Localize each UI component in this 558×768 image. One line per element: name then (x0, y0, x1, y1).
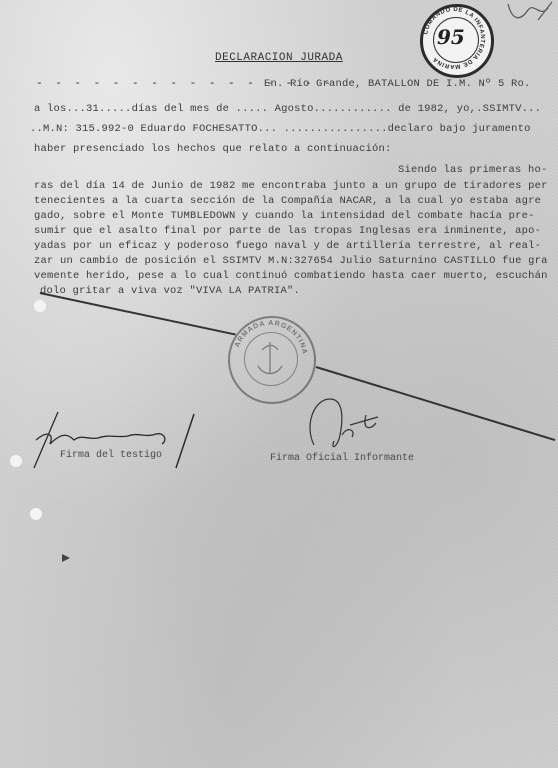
stamp-inner-ring (244, 332, 298, 386)
body-line: ras del día 14 de Junio de 1982 me encon… (34, 180, 548, 192)
id-number: M.N: 315.992-0 (43, 123, 134, 135)
stamp-number: 95 (437, 25, 465, 49)
body-line: dolo gritar a viva voz "VIVA LA PATRIA". (40, 285, 300, 297)
informant-signature-label: Firma Oficial Informante (270, 453, 414, 464)
date-month: Agosto (275, 103, 314, 115)
body-line: Siendo las primeras ho- (398, 164, 548, 176)
punch-hole (30, 508, 42, 520)
date-prefix: a los (34, 103, 67, 115)
infanteria-marina-stamp: COMANDO DE LA INFANTERIA DE MARINA 95 (420, 4, 494, 78)
strike-line (40, 292, 236, 335)
identity-line: ..M.N: 315.992-0 Eduardo FOCHESATTO... .… (30, 123, 531, 135)
body-line: zar un cambio de posición el SSIMTV M.N:… (34, 255, 548, 267)
header-line: En. Río Grande, BATALLON DE I.M. Nº 5 Ro… (264, 78, 531, 90)
body-line: tenecientes a la cuarta sección de la Co… (34, 195, 541, 207)
declaration-suffix: declaro bajo juramento (388, 123, 531, 135)
scribble-mark-icon (500, 0, 558, 40)
date-line: a los...31.....días del mes de ..... Ago… (34, 103, 541, 115)
body-line: sumir que el asalto final por parte de l… (34, 225, 541, 237)
informant-signature-icon (300, 395, 420, 455)
body-line: yadas por un eficaz y poderoso fuego nav… (34, 240, 541, 252)
document-title: DECLARACION JURADA (215, 52, 343, 64)
body-line: vemente herido, pese a lo cual continuó … (34, 270, 548, 282)
rank: SSIMTV (483, 103, 522, 115)
date-middle: días del mes de (132, 103, 230, 115)
punch-hole (10, 455, 22, 467)
intro-line: haber presenciado los hechos que relato … (34, 143, 392, 155)
declarant-name: Eduardo FOCHESATTO (141, 123, 258, 135)
date-day: 31 (86, 103, 99, 115)
armada-argentina-stamp: ARMADA ARGENTINA (228, 316, 316, 404)
body-line: gado, sobre el Monte TUMBLEDOWN y cuando… (34, 210, 535, 222)
witness-signature-icon (28, 410, 198, 470)
date-year: de 1982, yo, (398, 103, 476, 115)
document-page: COMANDO DE LA INFANTERIA DE MARINA 95 DE… (0, 0, 558, 768)
ink-blot-icon (60, 552, 72, 564)
punch-hole (34, 300, 46, 312)
witness-signature-label: Firma del testigo (60, 450, 162, 461)
